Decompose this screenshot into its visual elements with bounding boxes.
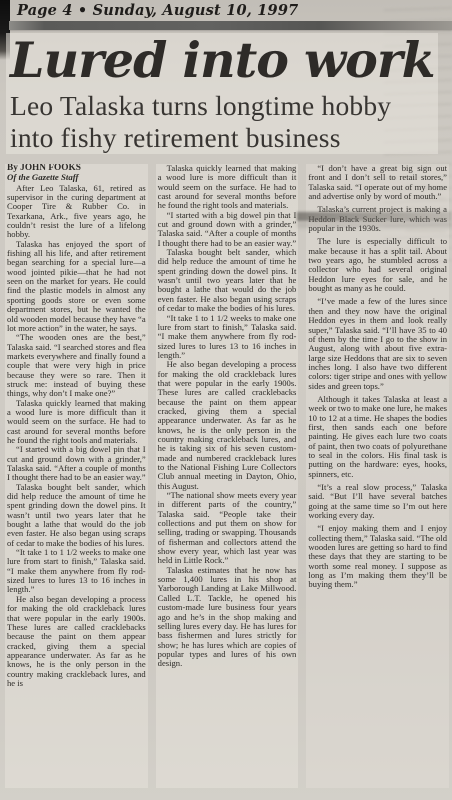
article-paragraph: “The national show meets every year in d… [158,491,297,566]
article-paragraph: “I’ve made a few of the lures since then… [308,297,447,390]
article-paragraph: Talaska quickly learned that making a wo… [7,399,146,446]
article-paragraph: The lure is especially difficult to make… [308,237,447,293]
page-folio: Page 4 • Sunday, August 10, 1997 [17,2,298,19]
scan-smudge-artifact [297,212,452,221]
byline-credit: Of the Gazette Staff [7,173,146,182]
article-column-1: By JOHN FOOKS Of the Gazette Staff After… [5,164,148,788]
article-paragraph: After Leo Talaska, 61, retired as superv… [7,184,146,240]
column-2-text: Talaska quickly learned that making a wo… [158,164,297,669]
article-paragraph: “I started with a big dowel pin that I c… [158,211,297,248]
article-column-3: “I don’t have a great big sign out front… [306,164,449,788]
article-paragraph: “It take 1 to 1 1/2 weeks to make one lu… [7,548,146,595]
article-paragraph: “I enjoy making them and I enjoy collect… [308,524,447,589]
newspaper-page: Page 4 • Sunday, August 10, 1997 Lured i… [0,0,452,800]
article-paragraph: Talaska bought belt sander, which did he… [158,248,297,313]
headline: Lured into work [10,35,434,86]
article-paragraph: Talaska bought belt sander, which did he… [7,483,146,548]
masthead-block: Lured into work Leo Talaska turns longti… [6,33,438,154]
article-paragraph: “It take 1 to 1 1/2 weeks to make one lu… [158,314,297,361]
scan-smudge-artifact [297,222,452,228]
article-paragraph: Talaska has enjoyed the sport of fishing… [7,240,146,333]
article-paragraph: Talaska quickly learned that making a wo… [158,164,297,211]
article-paragraph: He also began developing a process for m… [7,595,146,688]
article-body: By JOHN FOOKS Of the Gazette Staff After… [5,164,449,788]
column-1-text: After Leo Talaska, 61, retired as superv… [7,184,146,689]
header-rule [9,21,452,30]
subheadline: Leo Talaska turns longtime hobby into fi… [10,90,434,154]
article-paragraph: “I started with a big dowel pin that I c… [7,445,146,482]
article-paragraph: “The wooden ones are the best,” Talaska … [7,333,146,398]
article-paragraph: Although it takes Talaska at least a wee… [308,395,447,479]
article-paragraph: Talaska estimates that he now has some 1… [158,566,297,669]
article-paragraph: “I don’t have a great big sign out front… [308,164,447,201]
article-column-2: Talaska quickly learned that making a wo… [156,164,299,788]
article-paragraph: “It’s a real slow process,” Talaska said… [308,483,447,520]
article-paragraph: He also began developing a process for m… [158,360,297,491]
